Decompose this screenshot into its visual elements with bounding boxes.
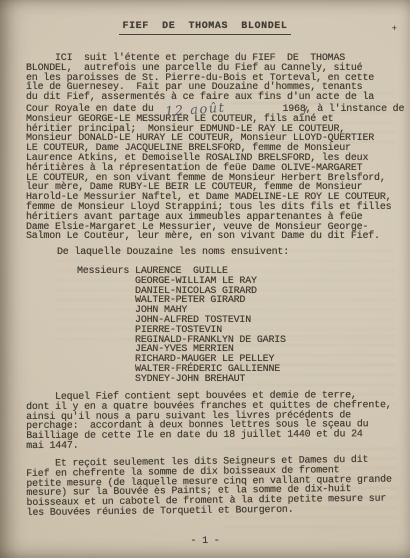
rentes-paragraph: Et reçoit seulement les dits Seigneurs e… bbox=[26, 456, 410, 519]
intro-lines-after-date: Monsieur GEORGE-LE MESSURIER LE COUTEUR,… bbox=[26, 115, 410, 242]
document-title-text: FIEF DE THOMAS BLONDEL bbox=[119, 21, 290, 35]
intro-paragraph: ICI suit l'étente et perchage du FIEF DE… bbox=[26, 54, 410, 242]
douzaine-names: LAURENCE GUILLE GEORGE-WILLIAM LE RAY DA… bbox=[135, 267, 286, 385]
intro-lines-before-date: ICI suit l'étente et perchage du FIEF DE… bbox=[26, 54, 410, 103]
douzaine-names-list: Messieurs LAURENCE GUILLE GEORGE-WILLIAM… bbox=[77, 267, 410, 385]
douzaine-heading: De laquelle Douzaine les noms ensuivent: bbox=[57, 248, 410, 258]
fief-description-paragraph: Lequel Fief contient sept bouvées et dem… bbox=[26, 390, 410, 451]
typed-year-overstruck: 1968 bbox=[282, 105, 305, 115]
registration-plus-mark: + bbox=[392, 24, 397, 34]
document-content: + FIEF DE THOMAS BLONDEL ICI suit l'éten… bbox=[0, 21, 410, 547]
douzaine-names-label: Messieurs bbox=[77, 267, 135, 385]
document-page: + FIEF DE THOMAS BLONDEL ICI suit l'éten… bbox=[0, 0, 410, 558]
document-title: FIEF DE THOMAS BLONDEL bbox=[0, 21, 410, 35]
date-line: Cour Royale en date du 12 août1968, à l'… bbox=[26, 103, 410, 115]
page-number: - 1 - bbox=[0, 537, 410, 547]
